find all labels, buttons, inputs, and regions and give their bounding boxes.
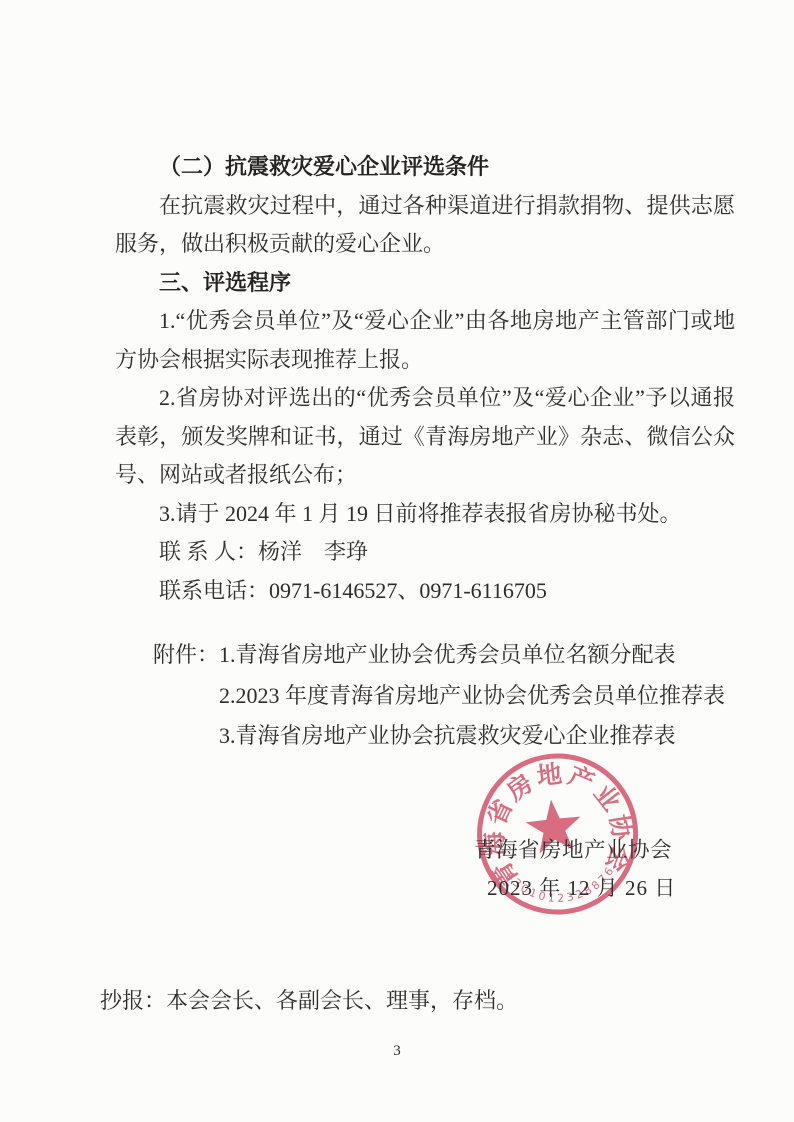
procedure-heading: 三、评选程序 (115, 264, 735, 303)
procedure-item-1: 1.“优秀会员单位”及“爱心企业”由各地房地产主管部门或地方协会根据实际表现推荐… (115, 302, 735, 379)
signature-date: 2023 年 12 月 26 日 (487, 872, 676, 902)
document-page: （二）抗震救灾爱心企业评选条件 在抗震救灾过程中，通过各种渠道进行捐款捐物、提供… (0, 0, 794, 1122)
section-heading: （二）抗震救灾爱心企业评选条件 (115, 148, 735, 187)
attachment-item-1: 1.青海省房地产业协会优秀会员单位名额分配表 (219, 642, 676, 667)
main-text-block: （二）抗震救灾爱心企业评选条件 在抗震救灾过程中，通过各种渠道进行捐款捐物、提供… (115, 148, 735, 610)
signature-org: 青海省房地产业协会 (474, 833, 672, 864)
procedure-item-2: 2.省房协对评选出的“优秀会员单位”及“爱心企业”予以通报表彰，颁发奖牌和证书，… (115, 379, 735, 495)
section-paragraph: 在抗震救灾过程中，通过各种渠道进行捐款捐物、提供志愿服务，做出积极贡献的爱心企业… (115, 187, 735, 264)
contact-phone-line: 联系电话：0971-6146527、0971-6116705 (115, 572, 735, 611)
procedure-item-3: 3.请于 2024 年 1 月 19 日前将推荐表报省房协秘书处。 (115, 495, 735, 534)
attachments-label: 附件： (153, 642, 219, 667)
page-number: 3 (0, 1043, 794, 1060)
contact-person-line: 联 系 人：杨洋 李琤 (115, 533, 735, 572)
attachment-item-2: 2.2023 年度青海省房地产业协会优秀会员单位推荐表 (219, 676, 713, 717)
copy-note: 抄报：本会会长、各副会长、理事，存档。 (100, 984, 518, 1015)
